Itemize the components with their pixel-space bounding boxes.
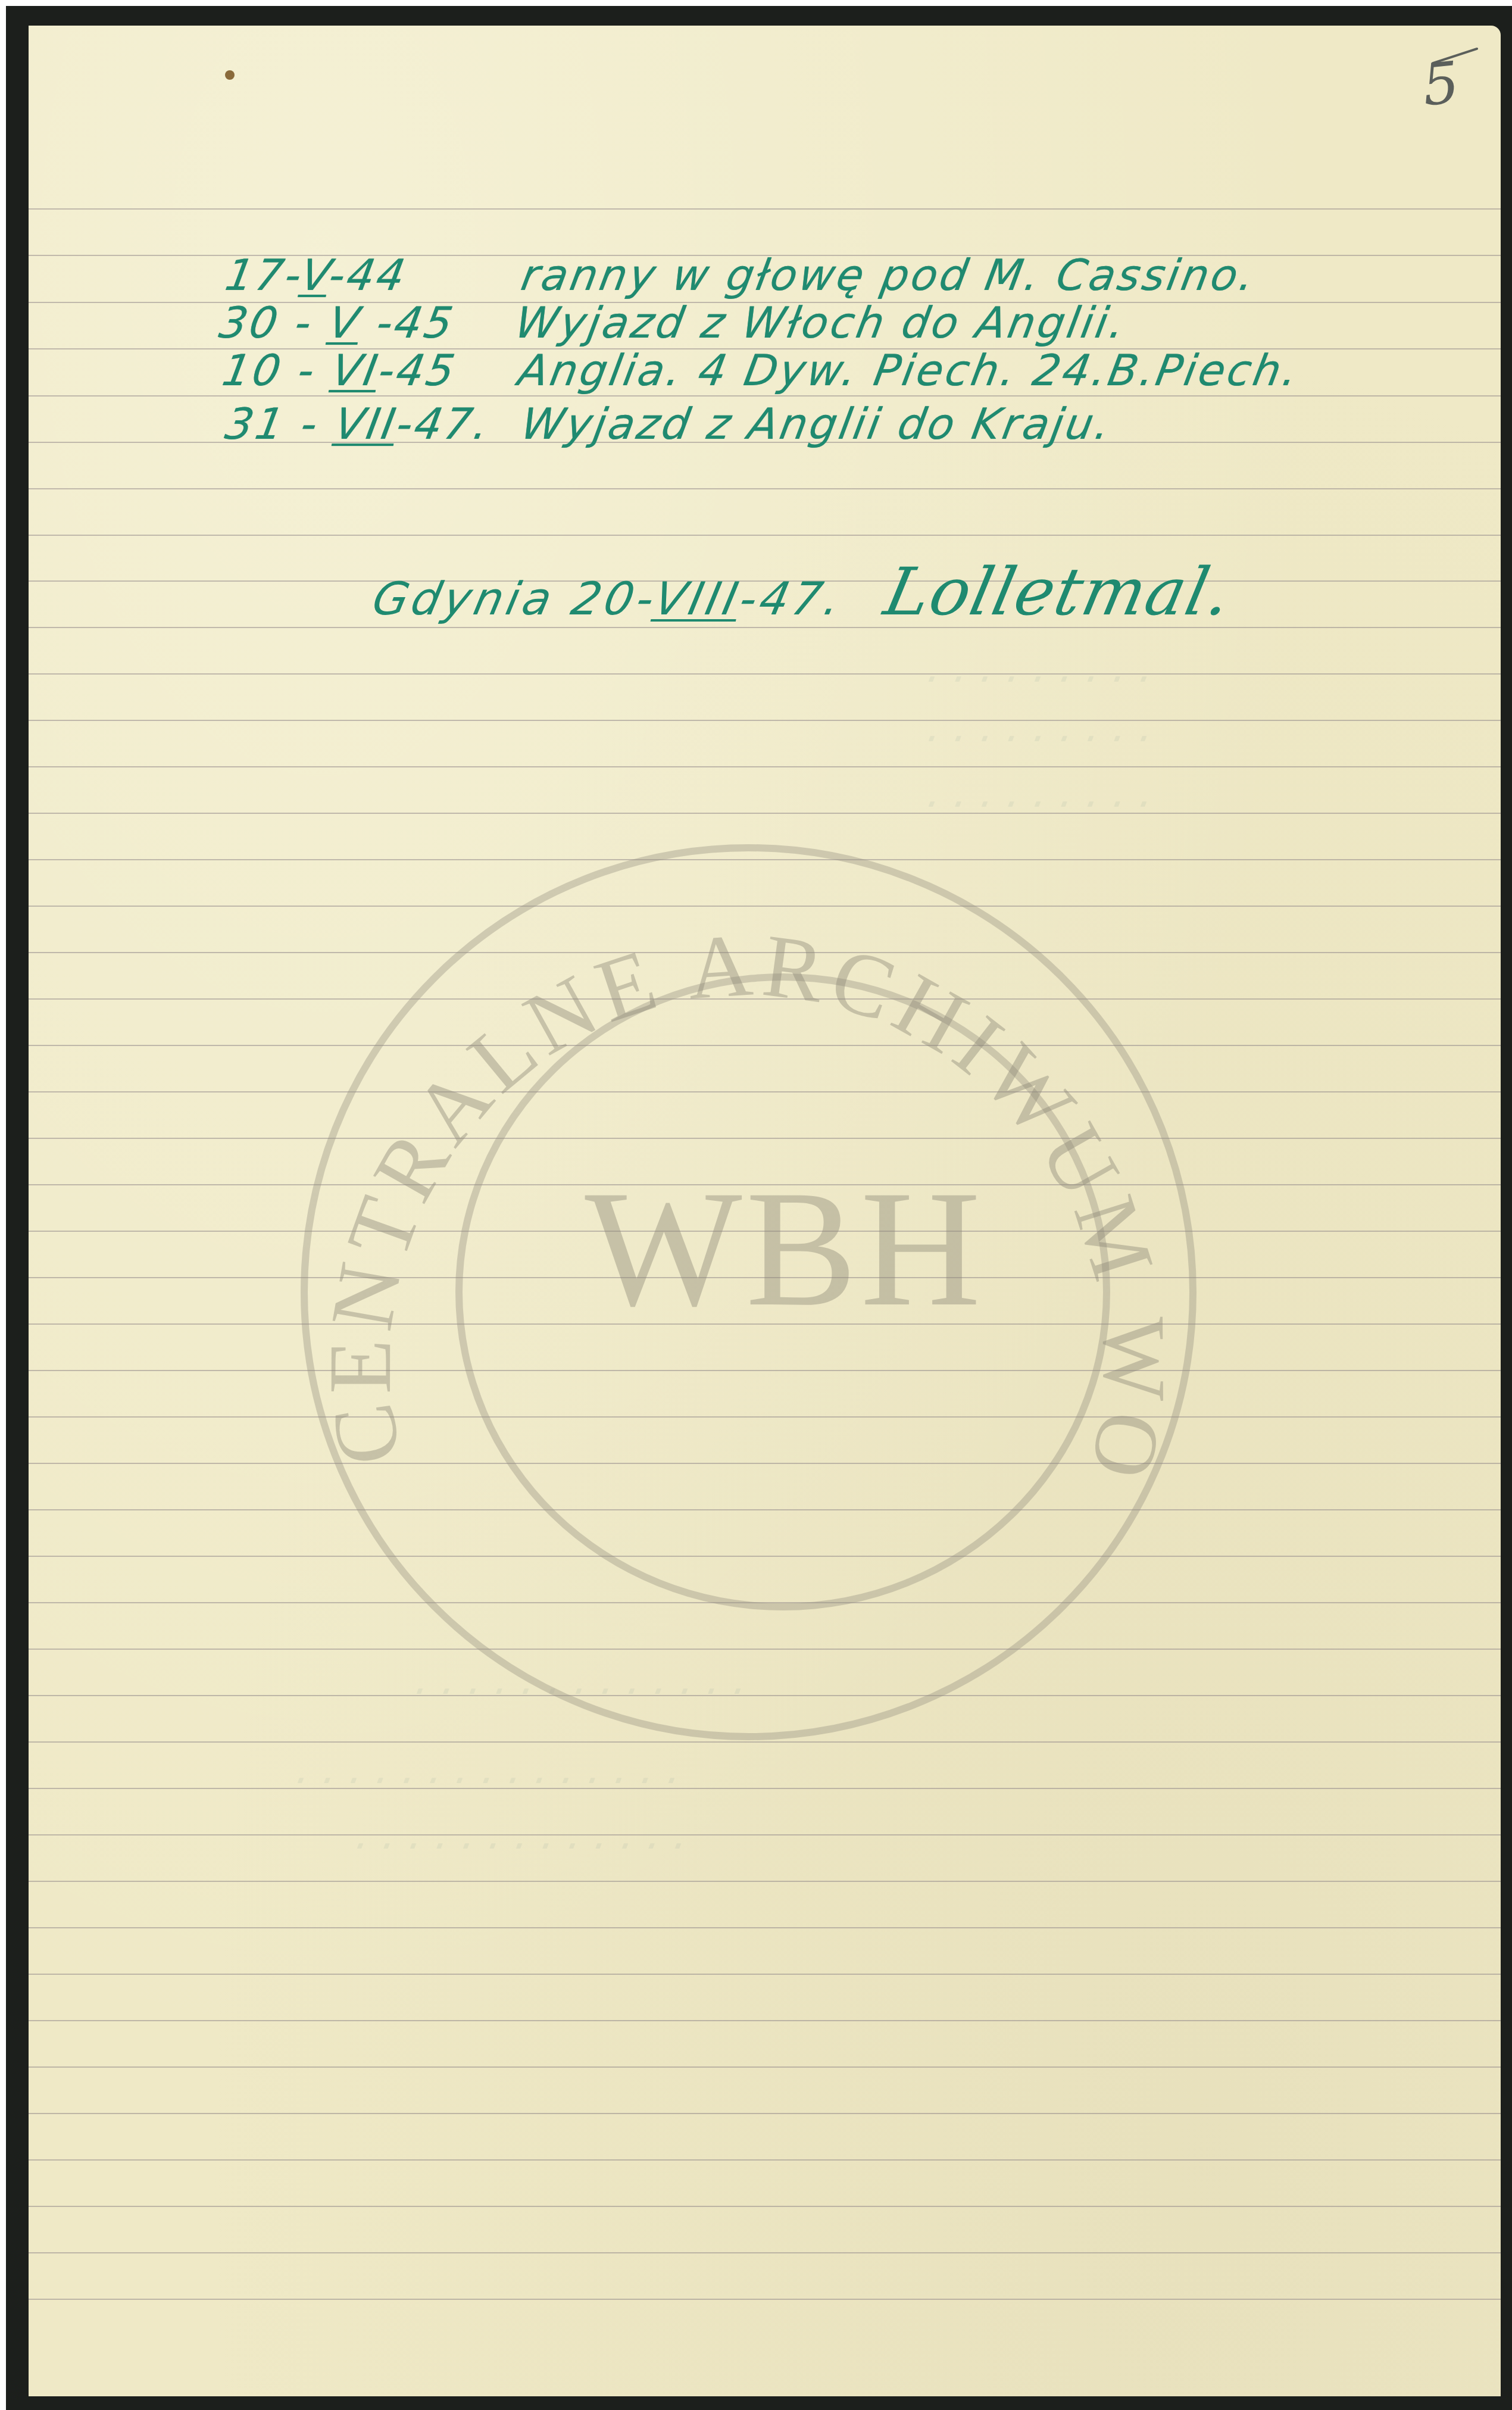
entry-month-roman: V <box>297 250 334 300</box>
entry-4: 31 - VII-47. Wyjazd z Anglii do Kraju. <box>222 399 1116 449</box>
closing-year: 47. <box>755 572 849 625</box>
ruled-line <box>29 535 1501 536</box>
ruled-line <box>29 2020 1501 2021</box>
ruled-line <box>29 2206 1501 2207</box>
ruled-line <box>29 2113 1501 2114</box>
entry-day: 31 <box>222 399 290 449</box>
bleed-through-text: . . . . . . . . . <box>924 768 1158 817</box>
ruled-line <box>29 208 1501 210</box>
entry-day: 10 <box>219 345 287 395</box>
ruled-line <box>29 1788 1501 1789</box>
bleed-through-text: . . . . . . . . . <box>924 643 1158 692</box>
entry-text: Wyjazd z Włoch do Anglii. <box>511 298 1130 348</box>
closing-line: Gdynia 20-VIII-47. Lolletmal. <box>367 554 1239 630</box>
ruled-line <box>29 1974 1501 1975</box>
ruled-line <box>29 1881 1501 1882</box>
paper-stain-dot <box>225 70 235 80</box>
bleed-through-text: . . . . . . . . . . . . . <box>353 1810 693 1859</box>
entry-day: 17 <box>222 250 290 300</box>
closing-place: Gdynia <box>368 572 560 625</box>
ruled-line <box>29 766 1501 767</box>
archive-stamp-center-text: WBH <box>546 1152 1023 1344</box>
ruled-line <box>29 2299 1501 2300</box>
ruled-line <box>29 1741 1501 1743</box>
ruled-line <box>29 673 1501 675</box>
ruled-line <box>29 720 1501 721</box>
entry-year: 45 <box>391 298 458 348</box>
entry-2: 30 - V -45 Wyjazd z Włoch do Anglii. <box>216 298 1131 348</box>
entry-year: 45 <box>392 345 460 395</box>
ruled-line <box>29 1834 1501 1835</box>
ruled-line <box>29 813 1501 814</box>
entry-year: 47. <box>411 399 495 449</box>
closing-month-roman: VIII <box>649 572 746 625</box>
entry-1: 17-V-44 ranny w głowę pod M. Cassino. <box>222 250 1261 300</box>
entry-year: 44 <box>343 250 411 300</box>
ruled-line <box>29 395 1501 397</box>
entry-day: 30 <box>216 298 284 348</box>
ruled-line <box>29 2066 1501 2068</box>
ruled-line <box>29 2252 1501 2253</box>
entry-month-roman: VII <box>331 399 402 449</box>
entry-3: 10 - VI-45 Anglia. 4 Dyw. Piech. 24.B.Pi… <box>219 345 1304 395</box>
entry-month-roman: V <box>325 298 365 348</box>
entry-month-roman: VI <box>328 345 383 395</box>
signature: Lolletmal. <box>878 554 1239 630</box>
entry-text: Wyjazd z Anglii do Kraju. <box>517 399 1116 449</box>
closing-day: 20 <box>567 572 643 625</box>
entry-text: Anglia. 4 Dyw. Piech. 24.B.Piech. <box>514 345 1303 395</box>
page-number: 5 <box>1419 49 1462 119</box>
bleed-through-text: . . . . . . . . . . . . . . . <box>293 1744 686 1793</box>
ruled-line <box>29 2159 1501 2161</box>
entry-text: ranny w głowę pod M. Cassino. <box>517 250 1260 300</box>
bleed-through-text: . . . . . . . . . <box>924 703 1158 751</box>
ruled-line <box>29 488 1501 489</box>
ruled-line <box>29 1927 1501 1928</box>
